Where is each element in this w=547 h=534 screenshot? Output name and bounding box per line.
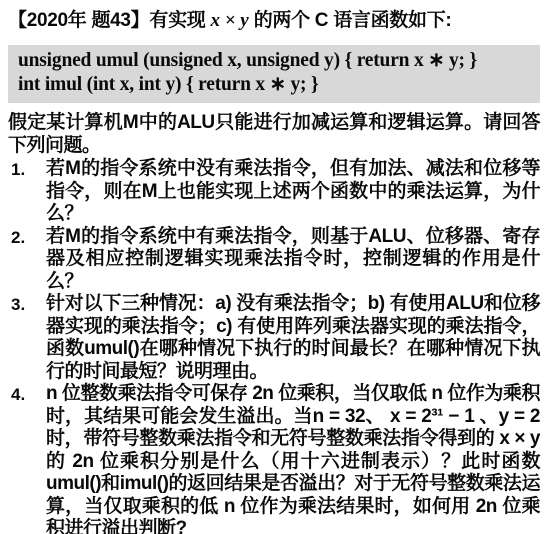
- question-text: 针对以下三种情况：a) 没有乘法指令；b) 有使用ALU和位移器实现的乘法指令；…: [46, 293, 540, 383]
- question-title: 【2020年 题43】有实现 x × y 的两个 C 语言函数如下:: [8, 7, 540, 35]
- exam-question-page: 【2020年 题43】有实现 x × y 的两个 C 语言函数如下: unsig…: [0, 0, 547, 534]
- question-text: 若M的指令系统中有乘法指令，则基于ALU、位移器、寄存器及相应控制逻辑实现乘法指…: [46, 226, 540, 294]
- question-number: 2.: [11, 226, 31, 250]
- question-title-math: x × y: [210, 10, 248, 31]
- question-title-suffix: 的两个 C 语言函数如下:: [249, 10, 452, 31]
- question-text: 若M的指令系统中没有乘法指令，但有加法、减法和位移等指令，则在M上也能实现上述两…: [46, 158, 540, 226]
- question-item-1: 1. 若M的指令系统中没有乘法指令，但有加法、减法和位移等指令，则在M上也能实现…: [8, 158, 540, 226]
- question-item-3: 3. 针对以下三种情况：a) 没有乘法指令；b) 有使用ALU和位移器实现的乘法…: [8, 293, 540, 383]
- question-number: 3.: [11, 293, 31, 317]
- question-text: n 位整数乘法指令可保存 2n 位乘积，当仅取低 n 位作为乘积时，其结果可能会…: [46, 383, 540, 534]
- question-item-2: 2. 若M的指令系统中有乘法指令，则基于ALU、位移器、寄存器及相应控制逻辑实现…: [8, 226, 540, 294]
- question-list: 1. 若M的指令系统中没有乘法指令，但有加法、减法和位移等指令，则在M上也能实现…: [8, 158, 540, 534]
- code-line-imul: int imul (int x, int y) { return x ∗ y; …: [18, 73, 540, 97]
- code-block: unsigned umul (unsigned x, unsigned y) {…: [8, 45, 540, 103]
- code-line-umul: unsigned umul (unsigned x, unsigned y) {…: [18, 49, 540, 73]
- intro-paragraph: 假定某计算机M中的ALU只能进行加减运算和逻辑运算。请回答下列问题。: [8, 112, 540, 157]
- question-item-4: 4. n 位整数乘法指令可保存 2n 位乘积，当仅取低 n 位作为乘积时，其结果…: [8, 383, 540, 534]
- question-number: 4.: [11, 383, 31, 407]
- question-title-prefix: 【2020年 题43】有实现: [8, 10, 210, 31]
- question-number: 1.: [11, 158, 31, 182]
